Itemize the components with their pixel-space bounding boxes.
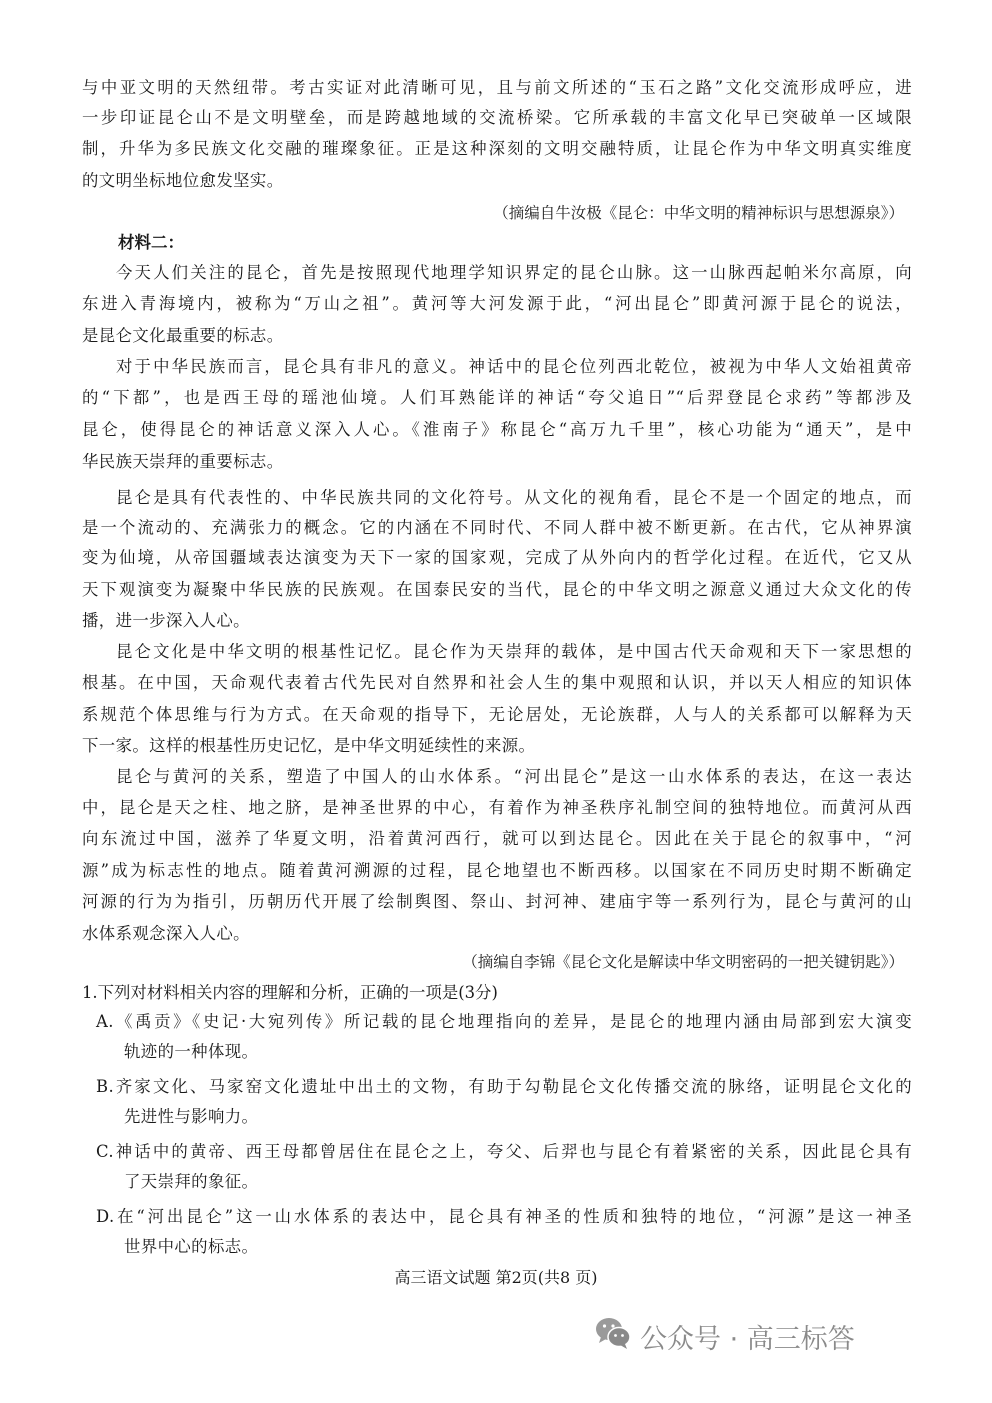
option-line: A.《禹贡》《史记·大宛列传》所记载的昆仑地理指向的差异，是昆仑的地理内涵由局部… (96, 1011, 912, 1033)
text-line: 根基。在中国，天命观代表着古代先民对自然界和社会人生的集中观照和认识，并以天人相… (82, 672, 912, 694)
text-line: 是昆仑文化最重要的标志。 (82, 325, 912, 347)
wechat-icon (594, 1316, 632, 1357)
option-letter: C. (96, 1142, 114, 1161)
option-letter: A. (96, 1012, 114, 1031)
text-line: 与中亚文明的天然纽带。考古实证对此清晰可见，且与前文所述的“玉石之路”文化交流形… (82, 77, 912, 99)
option-text: 齐家文化、马家窑文化遗址中出土的文物，有助于勾勒昆仑文化传播交流的脉络，证明昆仑… (114, 1077, 912, 1096)
text-line: 河源的行为为指引，历朝历代开展了绘制舆图、祭山、封河神、建庙宇等一系列行为，昆仑… (82, 891, 912, 913)
option-text: 神话中的黄帝、西王母都曾居住在昆仑之上，夸父、后羿也与昆仑有着紧密的关系，因此昆… (114, 1142, 912, 1161)
text-line: 播，进一步深入人心。 (82, 610, 912, 632)
text-line: 源”成为标志性的地点。随着黄河溯源的过程，昆仑地望也不断西移。以国家在不同历史时… (82, 860, 912, 882)
text-line: 系规范个体思维与行为方式。在天命观的指导下，无论居处，无论族群，人与人的关系都可… (82, 704, 912, 726)
text-line: 水体系观念深入人心。 (82, 923, 912, 945)
citation: （摘编自李锦《昆仑文化是解读中华文明密码的一把关键钥匙》） (462, 951, 904, 973)
page-footer: 高三语文试题 第2页(共8 页) (0, 1267, 992, 1289)
text-line: 天下观演变为凝聚中华民族的民族观。在国泰民安的当代，昆仑的中华文明之源意义通过大… (82, 579, 912, 601)
text-line: 昆仑与黄河的关系，塑造了中国人的山水体系。“河出昆仑”是这一山水体系的表达，在这… (116, 766, 912, 788)
text-line: 中，昆仑是天之柱、地之脐，是神圣世界的中心，有着作为神圣秩序礼制空间的独特地位。… (82, 797, 912, 819)
citation: （摘编自牛汝极《昆仑：中华文明的精神标识与思想源泉》） (493, 202, 904, 224)
option-line: 轨迹的一种体现。 (124, 1041, 912, 1063)
text-line: 向东流过中国，滋养了华夏文明，沿着黄河西行，就可以到达昆仑。因此在关于昆仑的叙事… (82, 828, 912, 850)
option-text: 《禹贡》《史记·大宛列传》所记载的昆仑地理指向的差异，是昆仑的地理内涵由局部到宏… (114, 1012, 912, 1031)
text-line: 昆仑是具有代表性的、中华民族共同的文化符号。从文化的视角看，昆仑不是一个固定的地… (116, 487, 912, 509)
text-line: 变为仙境，从帝国疆域表达演变为天下一家的国家观，完成了从外向内的哲学化过程。在近… (82, 547, 912, 569)
option-line: 世界中心的标志。 (124, 1236, 912, 1258)
option-line: 了天崇拜的象征。 (124, 1171, 912, 1193)
watermark-text: 公众号 · 高三标答 (640, 1317, 855, 1356)
text-line: 今天人们关注的昆仑，首先是按照现代地理学知识界定的昆仑山脉。这一山脉西起帕米尔高… (116, 262, 912, 284)
section-heading: 材料二： (118, 232, 184, 254)
text-line: 昆仑，使得昆仑的神话意义深入人心。《淮南子》称昆仑“高万九千里”，核心功能为“通… (82, 419, 912, 441)
text-line: 华民族天崇拜的重要标志。 (82, 451, 912, 473)
wechat-watermark: 公众号 · 高三标答 (594, 1316, 855, 1357)
option-line: B.齐家文化、马家窑文化遗址中出土的文物，有助于勾勒昆仑文化传播交流的脉络，证明… (96, 1076, 912, 1098)
text-line: 下一家。这样的根基性历史记忆，是中华文明延续性的来源。 (82, 735, 912, 757)
option-line: C.神话中的黄帝、西王母都曾居住在昆仑之上，夸父、后羿也与昆仑有着紧密的关系，因… (96, 1141, 912, 1163)
option-line: D.在“河出昆仑”这一山水体系的表达中，昆仑具有神圣的性质和独特的地位，“河源”… (96, 1206, 912, 1228)
option-line: 先进性与影响力。 (124, 1106, 912, 1128)
question-stem: 1.下列对材料相关内容的理解和分析，正确的一项是(3分) (82, 982, 498, 1004)
option-letter: D. (96, 1207, 115, 1226)
option-letter: B. (96, 1077, 114, 1096)
text-line: 对于中华民族而言，昆仑具有非凡的意义。神话中的昆仑位列西北乾位，被视为中华人文始… (116, 356, 912, 378)
text-line: 的文明坐标地位愈发坚实。 (82, 170, 912, 192)
text-line: 东进入青海境内，被称为“万山之祖”。黄河等大河发源于此，“河出昆仑”即黄河源于昆… (82, 293, 912, 315)
text-line: 昆仑文化是中华文明的根基性记忆。昆仑作为天崇拜的载体，是中国古代天命观和天下一家… (116, 641, 912, 663)
text-line: 是一个流动的、充满张力的概念。它的内涵在不同时代、不同人群中被不断更新。在古代，… (82, 517, 912, 539)
option-text: 在“河出昆仑”这一山水体系的表达中，昆仑具有神圣的性质和独特的地位，“河源”是这… (115, 1207, 912, 1226)
text-line: 的“下都”，也是西王母的瑶池仙境。人们耳熟能详的神话“夸父追日”“后羿登昆仑求药… (82, 387, 912, 409)
text-line: 一步印证昆仑山不是文明壁垒，而是跨越地域的交流桥梁。它所承载的丰富文化早已突破单… (82, 107, 912, 129)
text-line: 制，升华为多民族文化交融的璀璨象征。正是这种深刻的文明交融特质，让昆仑作为中华文… (82, 138, 912, 160)
